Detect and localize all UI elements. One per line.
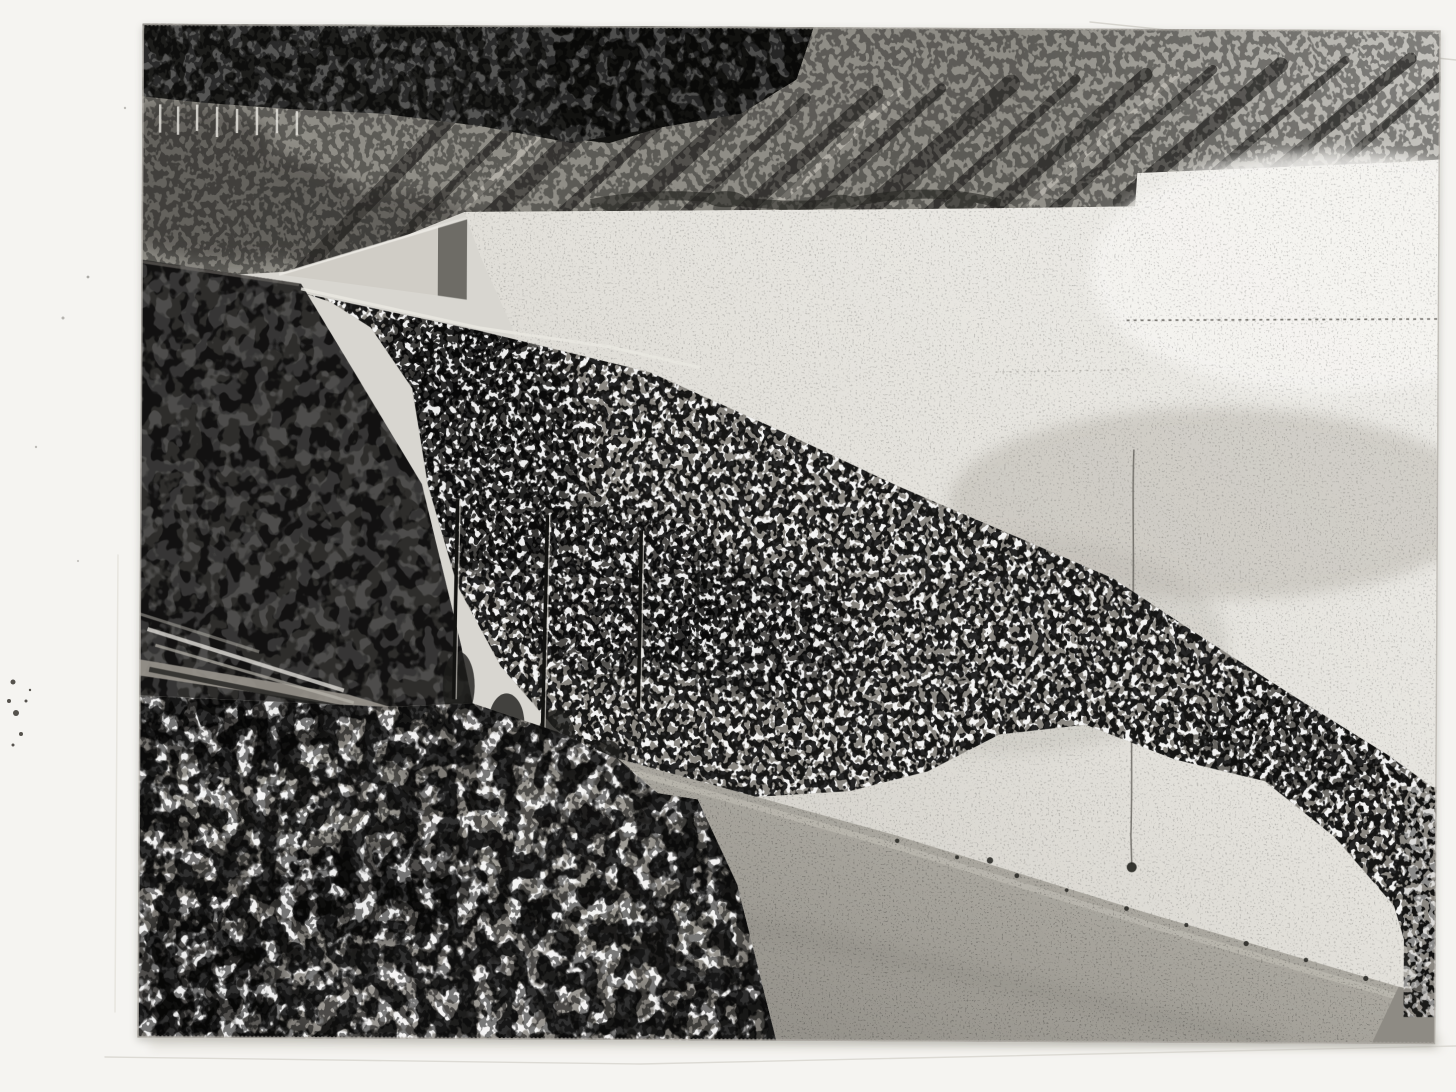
right-edge-gravel <box>1404 787 1437 1017</box>
scanned-page <box>0 0 1456 1092</box>
photograph <box>137 24 1440 1045</box>
